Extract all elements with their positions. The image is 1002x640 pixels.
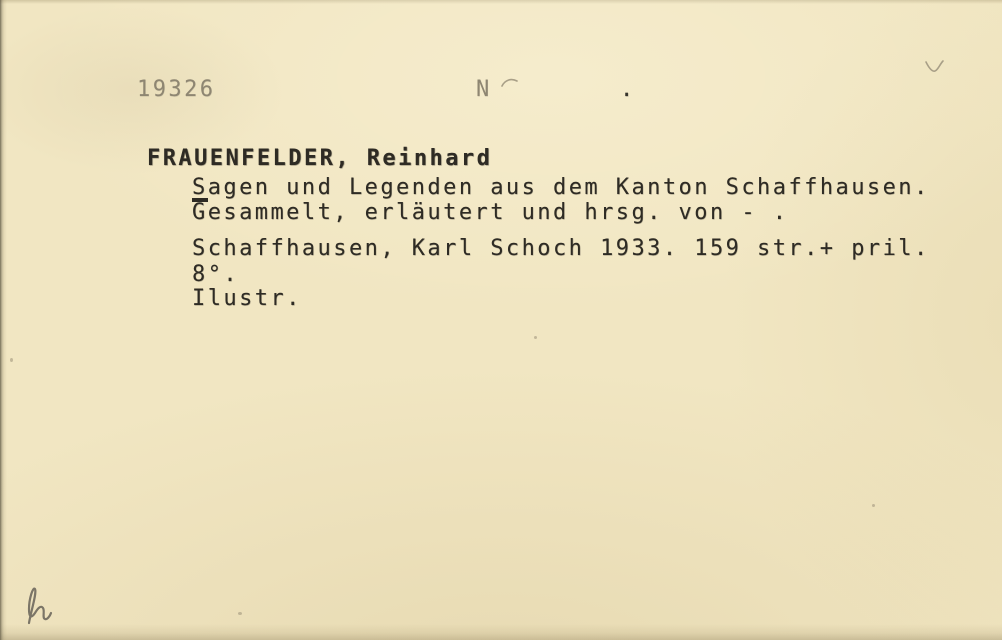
- title-line-2-text: esammelt, erläutert und hrsg. von - .: [208, 200, 789, 225]
- format-line: 8°.: [192, 264, 239, 286]
- title-line-2: Gesammelt, erläutert und hrsg. von - .: [192, 202, 788, 224]
- handwritten-pencil-mark: [22, 585, 56, 629]
- imprint-line: Schaffhausen, Karl Schoch 1933. 159 str.…: [192, 238, 930, 260]
- title-line-1: Sagen und Legenden aus dem Kanton Schaff…: [192, 177, 930, 199]
- paper-speck: [238, 612, 242, 615]
- paper-speck: [10, 358, 13, 362]
- illustration-note: Ilustr.: [192, 288, 302, 310]
- title-initial-overlined: G: [192, 198, 208, 225]
- call-number: 19326: [137, 79, 215, 101]
- classification-letter: N: [476, 79, 492, 101]
- pencil-checkmark: [922, 54, 948, 80]
- top-dot: .: [620, 79, 636, 101]
- paper-speck: [872, 504, 875, 507]
- title-line-1-text: agen und Legenden aus dem Kanton Schaffh…: [208, 175, 930, 200]
- pencil-stray-mark: [499, 76, 521, 92]
- author-heading: FRAUENFELDER, Reinhard: [147, 148, 492, 170]
- paper-speck: [534, 336, 537, 339]
- catalog-card: 19326 N . FRAUENFELDER, Reinhard Sagen u…: [0, 0, 1002, 640]
